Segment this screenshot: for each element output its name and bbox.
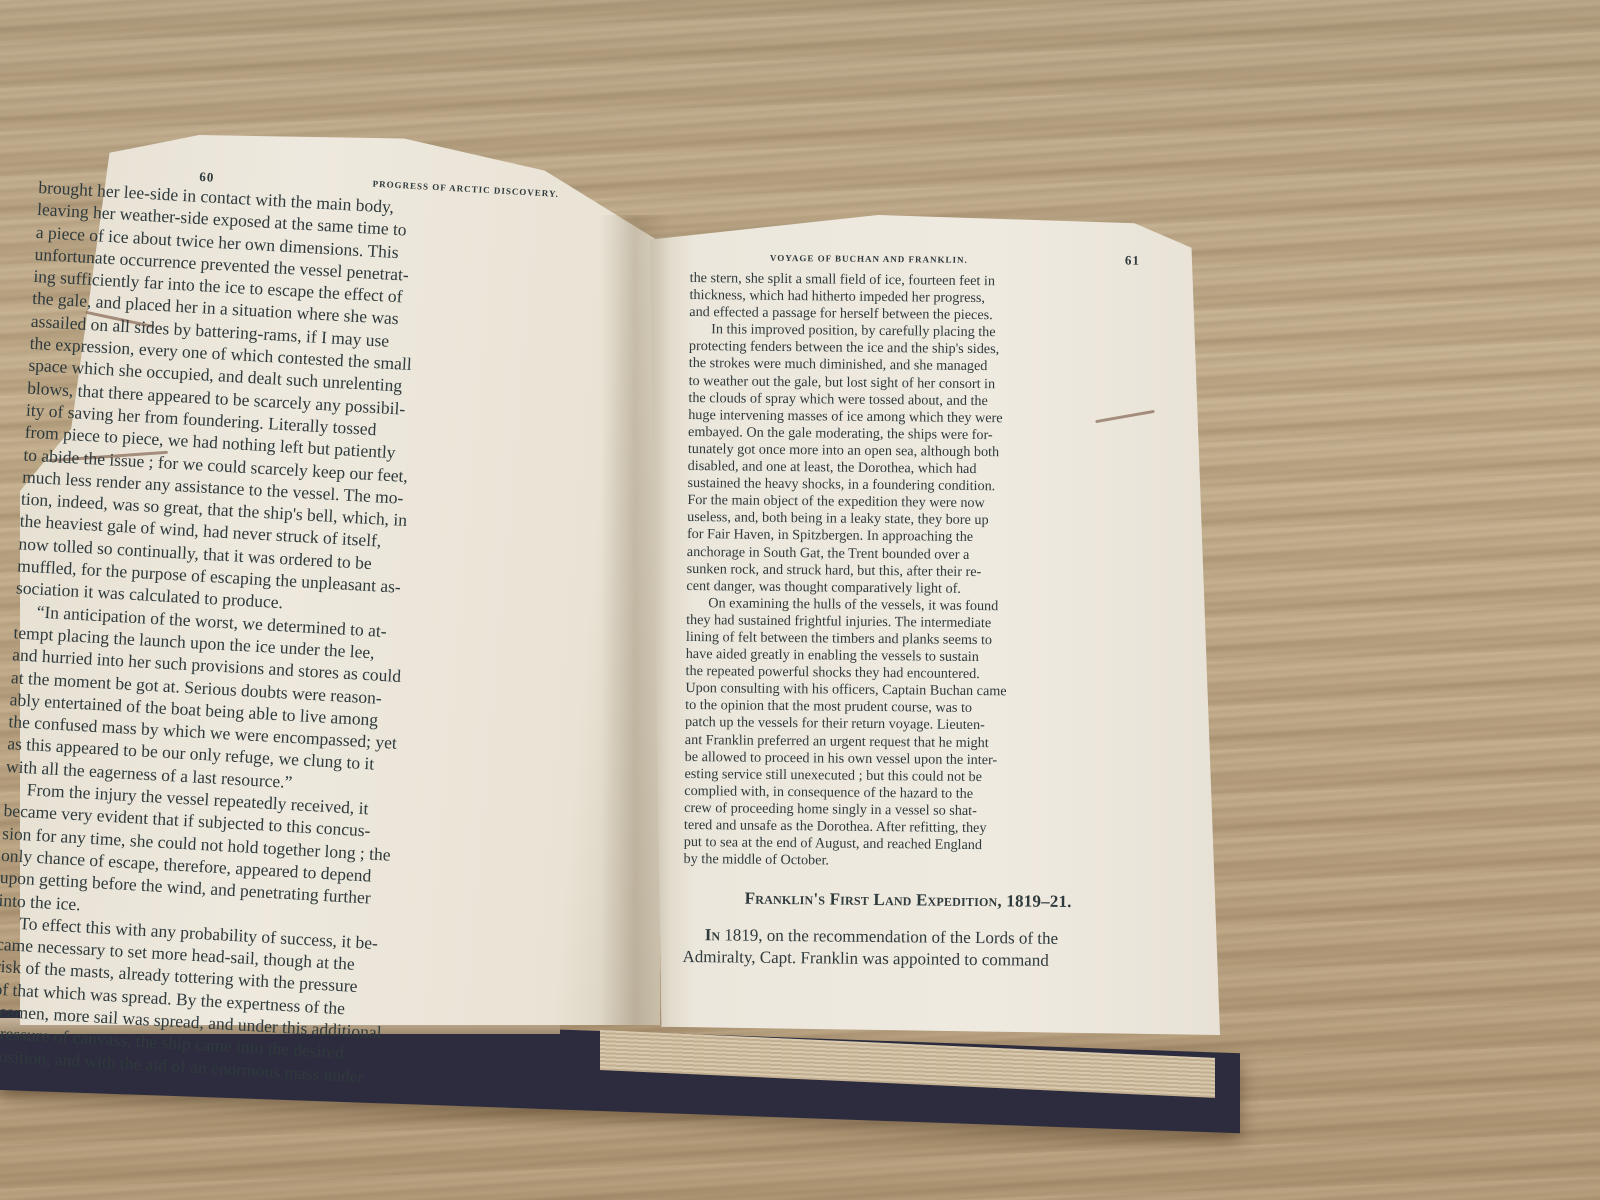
book-photo: 60 PROGRESS OF ARCTIC DISCOVERY. brought… bbox=[0, 0, 1600, 1200]
text-line: by the middle of October. bbox=[684, 851, 1134, 873]
running-head-title: VOYAGE OF BUCHAN AND FRANKLIN. bbox=[690, 252, 968, 265]
book-gutter bbox=[600, 215, 670, 1025]
text-line-content: 1819, on the recommendation of the Lords… bbox=[720, 926, 1058, 949]
right-running-head: VOYAGE OF BUCHAN AND FRANKLIN. 61 bbox=[690, 248, 1140, 269]
page-number: 61 bbox=[1125, 253, 1140, 269]
section-body: In 1819, on the recommendation of the Lo… bbox=[682, 924, 1132, 973]
page-number: 60 bbox=[199, 169, 215, 186]
right-body: the stern, she split a small field of ic… bbox=[684, 270, 1140, 873]
text-line: Admiralty, Capt. Franklin was appointed … bbox=[682, 946, 1132, 973]
drop-cap: In bbox=[705, 925, 720, 944]
right-page-text: VOYAGE OF BUCHAN AND FRANKLIN. 61 the st… bbox=[682, 248, 1140, 973]
left-body: brought her lee-side in contact with the… bbox=[0, 176, 578, 1097]
text-line-content: Admiralty, Capt. Franklin was appointed … bbox=[682, 947, 1048, 970]
left-page-text: 60 PROGRESS OF ARCTIC DISCOVERY. brought… bbox=[0, 160, 579, 1097]
section-heading: Franklin's First Land Expedition, 1819–2… bbox=[683, 888, 1133, 913]
